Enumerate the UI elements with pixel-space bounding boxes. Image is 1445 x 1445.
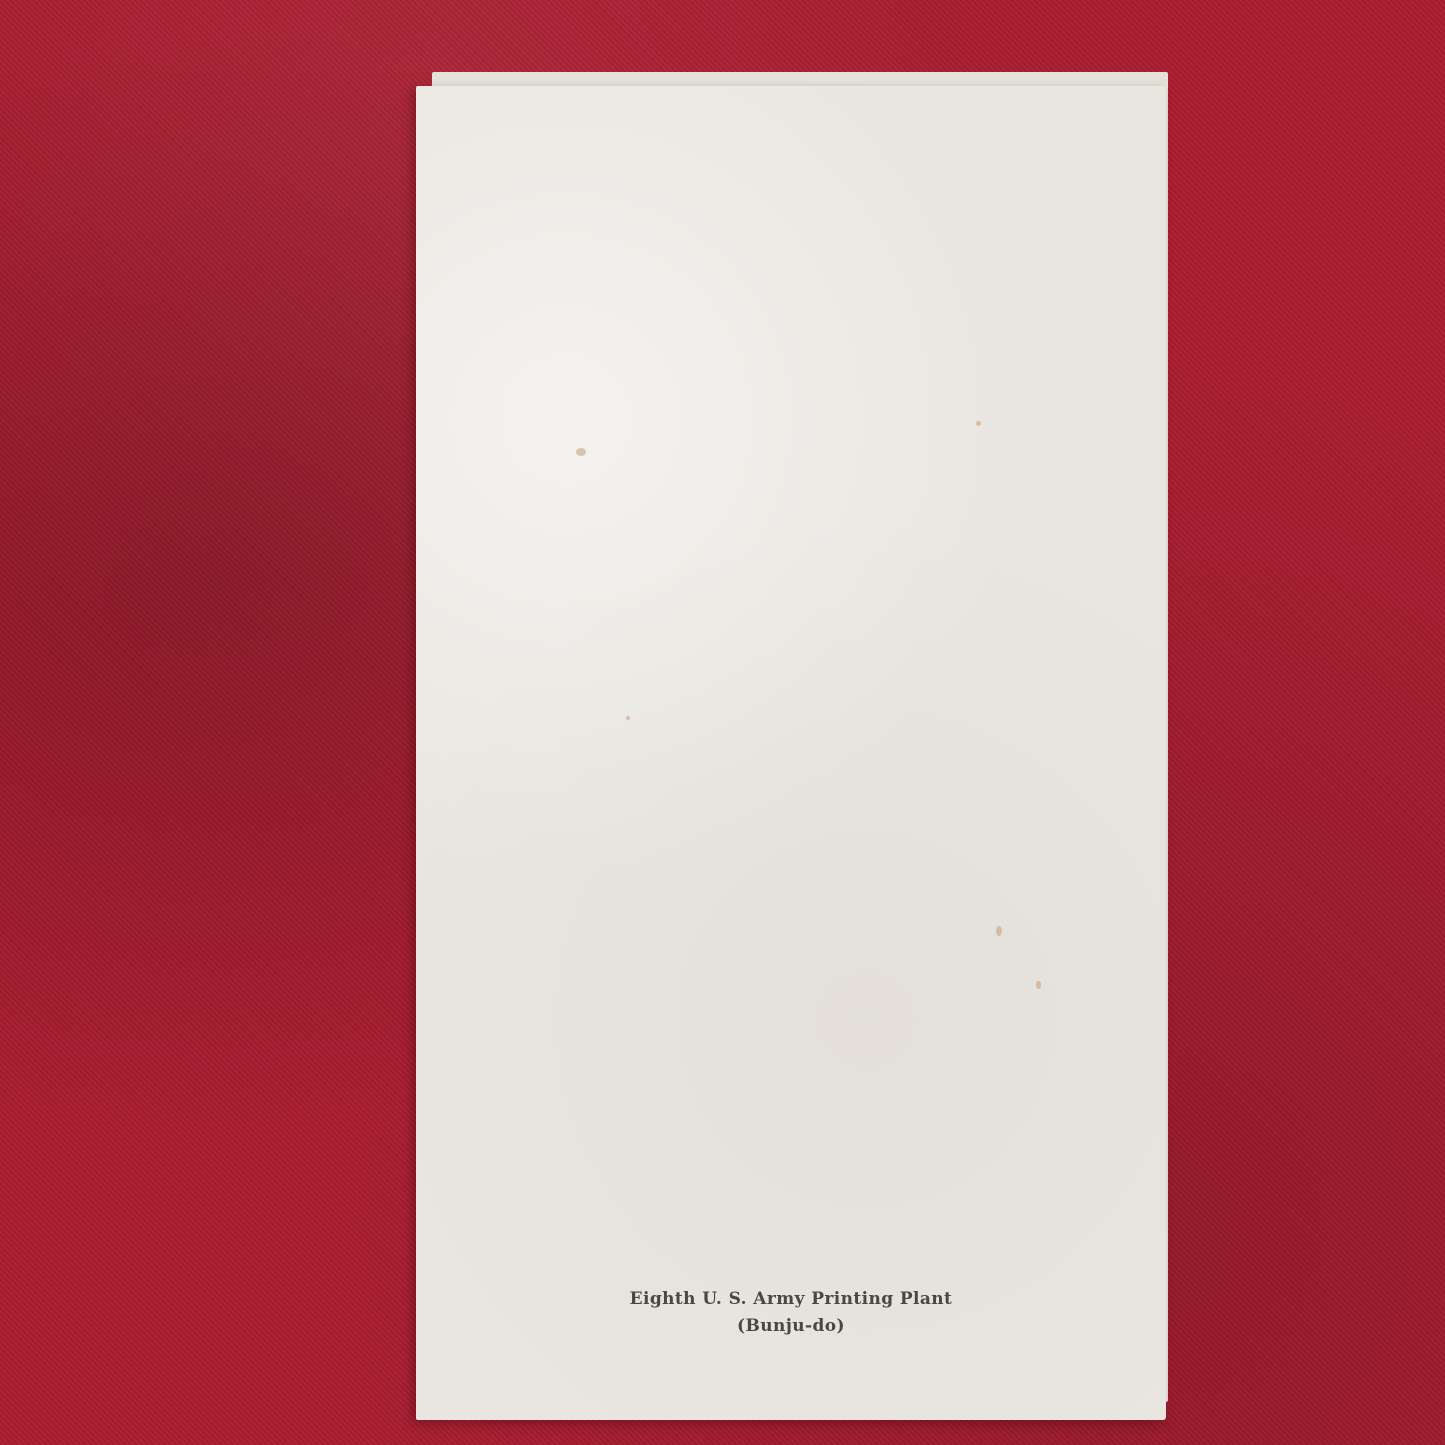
printer-imprint: Eighth U. S. Army Printing Plant (Bunju-… [416,1286,1166,1340]
foxing-spot [976,421,981,426]
foxing-spot [626,716,630,720]
imprint-line-1: Eighth U. S. Army Printing Plant [416,1286,1166,1313]
booklet-back-cover: Eighth U. S. Army Printing Plant (Bunju-… [416,86,1166,1420]
foxing-spot [1036,981,1041,989]
foxing-spot [576,448,586,456]
foxing-spot [996,926,1002,936]
imprint-line-2: (Bunju-do) [416,1313,1166,1340]
